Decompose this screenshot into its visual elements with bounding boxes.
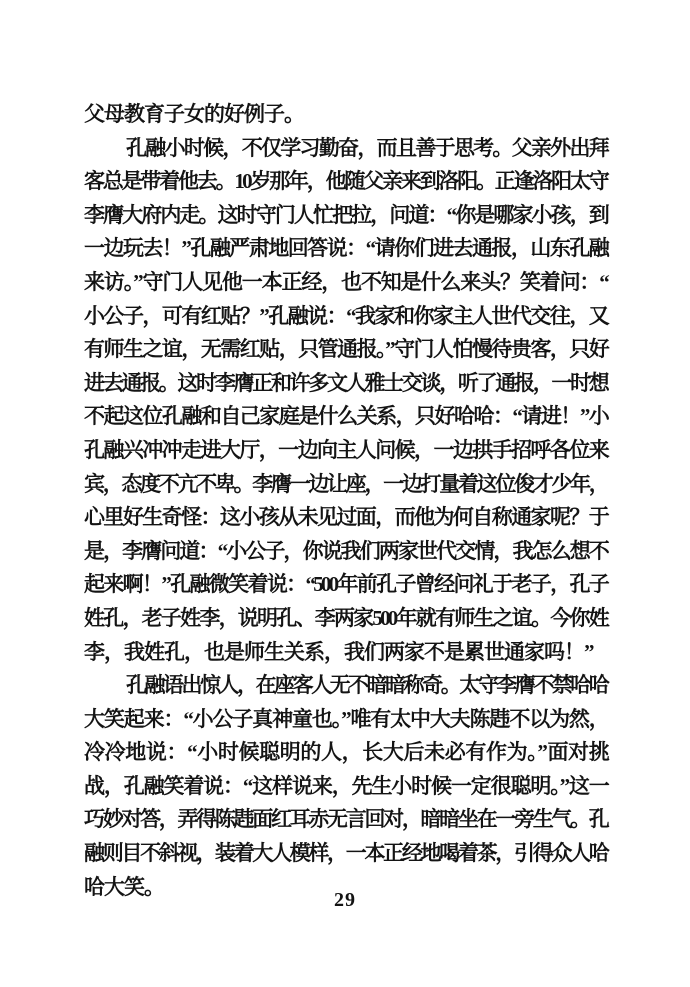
text-line: 客总是带着他去。10岁那年，他随父亲来到洛阳。正逢洛阳太守 — [84, 165, 607, 199]
text-line: 冷冷地说：“小时候聪明的人，长大后未必有作为。”面对挑 — [84, 736, 607, 770]
text-line: 进去通报。这时李膺正和许多文人雅士交谈，听了通报，一时想 — [84, 367, 607, 401]
text-line: 孔融兴冲冲走进大厅，一边向主人问候，一边拱手招呼各位来 — [84, 434, 607, 468]
book-page: 父母教育子女的好例子。 孔融小时候，不仅学习勤奋，而且善于思考。父亲外出拜 客总… — [0, 0, 690, 987]
text-line: 起来啊！”孔融微笑着说：“500年前孔子曾经问礼于老子，孔子 — [84, 568, 607, 602]
text-line: 战，孔融笑着说：“这样说来，先生小时候一定很聪明。”这一 — [84, 770, 607, 804]
text-line: 小公子，可有红贴？”孔融说：“我家和你家主人世代交往，又 — [84, 300, 607, 334]
text-line: 一边玩去！”孔融严肃地回答说：“请你们进去通报，山东孔融 — [84, 232, 607, 266]
text-line: 父母教育子女的好例子。 — [84, 98, 607, 132]
text-line: 姓孔，老子姓李，说明孔、李两家500年就有师生之谊。今你姓 — [84, 602, 607, 636]
text-line: 不起这位孔融和自己家庭是什么关系，只好哈哈：“请进！”小 — [84, 400, 607, 434]
text-line: 心里好生奇怪：这小孩从未见过面，而他为何自称通家呢？于 — [84, 501, 607, 535]
text-line: 大笑起来：“小公子真神童也。”唯有太中大夫陈韪不以为然， — [84, 703, 607, 737]
text-line: 来访。”守门人见他一本正经，也不知是什么来头？笑着问：“ — [84, 266, 607, 300]
text-line: 孔融小时候，不仅学习勤奋，而且善于思考。父亲外出拜 — [84, 132, 607, 166]
text-line: 宾，态度不亢不卑。李膺一边让座，一边打量着这位俊才少年， — [84, 468, 607, 502]
text-line: 李，我姓孔，也是师生关系，我们两家不是累世通家吗！” — [84, 636, 607, 670]
text-line: 是，李膺问道：“小公子，你说我们两家世代交情，我怎么想不 — [84, 535, 607, 569]
body-text: 父母教育子女的好例子。 孔融小时候，不仅学习勤奋，而且善于思考。父亲外出拜 客总… — [84, 98, 607, 904]
text-line: 李膺大府内走。这时守门人忙把拉，问道：“你是哪家小孩，到 — [84, 199, 607, 233]
text-line: 有师生之谊，无需红贴，只管通报。”守门人怕慢待贵客，只好 — [84, 333, 607, 367]
text-line: 融则目不斜视，装着大人模样，一本正经地喝着茶，引得众人哈 — [84, 837, 607, 871]
text-line: 孔融语出惊人，在座客人无不暗暗称奇。太守李膺不禁哈哈 — [84, 669, 607, 703]
text-line: 巧妙对答，弄得陈韪面红耳赤无言回对，暗暗坐在一旁生气。孔 — [84, 803, 607, 837]
page-number: 29 — [0, 889, 690, 912]
